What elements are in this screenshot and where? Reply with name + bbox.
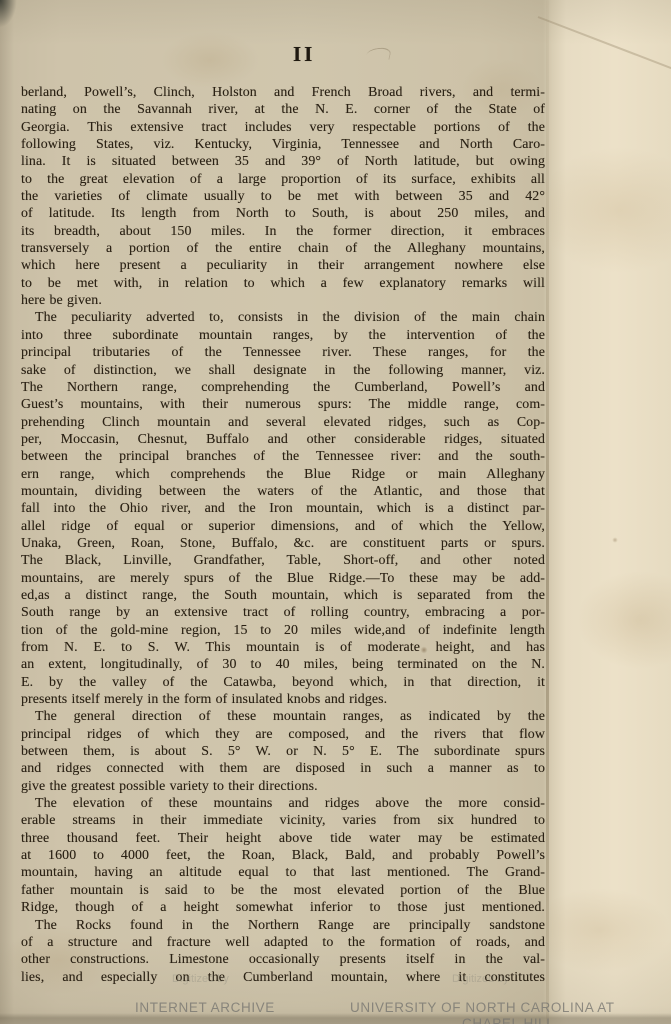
text-line: ed,as a distinct range, the South mounta… <box>21 587 545 604</box>
text-line: lina. It is situated between 35 and 39° … <box>21 153 545 170</box>
watermark-digitized-by-left: Digitized by <box>172 973 229 985</box>
text-line: presents itself merely in the form of in… <box>21 691 545 708</box>
text-line: which here present a peculiarity in thei… <box>21 257 545 274</box>
text-line: Guest’s mountains, with their numerous s… <box>21 396 545 413</box>
text-line: to be met with, in relation to which a f… <box>21 275 545 292</box>
text-line: Unaka, Green, Roan, Stone, Buffalo, &c. … <box>21 535 545 552</box>
text-line: Ridge, though of a height somewhat infer… <box>21 899 545 916</box>
text-line: erable streams in their immediate vicini… <box>21 812 545 829</box>
text-line: from N. E. to S. W. This mountain is of … <box>21 639 545 656</box>
text-line: mountain, having an altitude equal to th… <box>21 864 545 881</box>
text-line: E. by the valley of the Catawba, beyond … <box>21 674 545 691</box>
text-line: Georgia. This extensive tract includes v… <box>21 119 545 136</box>
page-number: II <box>293 42 315 67</box>
text-line: prehending Clinch mountain and several e… <box>21 414 545 431</box>
text-line: The general direction of these mountain … <box>21 708 545 725</box>
text-line: The Black, Linville, Grandfather, Table,… <box>21 552 545 569</box>
text-line: allel ridge of equal or superior dimensi… <box>21 518 545 535</box>
text-line: to the great elevation of a large propor… <box>21 171 545 188</box>
text-line: tion of the gold-mine region, 15 to 20 m… <box>21 622 545 639</box>
text-line: The elevation of these mountains and rid… <box>21 795 545 812</box>
text-line: father mountain is said to be the most e… <box>21 882 545 899</box>
text-line: here be given. <box>21 292 545 309</box>
text-line: berland, Powell’s, Clinch, Holston and F… <box>21 84 545 101</box>
text-line: The peculiarity adverted to, consists in… <box>21 309 545 326</box>
scanned-page: II berland, Powell’s, Clinch, Holston an… <box>0 0 671 1024</box>
text-line: The Rocks found in the Northern Range ar… <box>21 917 545 934</box>
text-line: between the principal branches of the Te… <box>21 448 545 465</box>
text-line: at 1600 to 4000 feet, the Roan, Black, B… <box>21 847 545 864</box>
text-line: of a structure and fracture well adapted… <box>21 934 545 951</box>
text-line: mountains, are merely spurs of the Blue … <box>21 570 545 587</box>
pencil-mark <box>365 46 393 63</box>
text-line: principal tributaries of the Tennessee r… <box>21 344 545 361</box>
text-line: following States, viz. Kentucky, Virgini… <box>21 136 545 153</box>
text-line: ern range, which comprehends the Blue Ri… <box>21 466 545 483</box>
text-line: into three subordinate mountain ranges, … <box>21 327 545 344</box>
text-line: per, Moccasin, Chesnut, Buffalo and othe… <box>21 431 545 448</box>
text-line: sake of distinction, we shall designate … <box>21 362 545 379</box>
text-line: between them, is about S. 5° W. or N. 5°… <box>21 743 545 760</box>
text-line: principal ridges of which they are compo… <box>21 726 545 743</box>
text-line: an extent, longitudinally, of 30 to 40 m… <box>21 656 545 673</box>
page-edge-crease <box>546 0 549 1024</box>
text-line: South range by an extensive tract of rol… <box>21 604 545 621</box>
text-line: fall into the Ohio river, and the Iron m… <box>21 500 545 517</box>
text-line: and ridges connected with them are dispo… <box>21 760 545 777</box>
text-line: of latitude. Its length from North to So… <box>21 205 545 222</box>
watermark-chapel-hill: CHAPEL HILL <box>462 1016 554 1024</box>
text-line: other constructions. Limestone occasiona… <box>21 951 545 968</box>
watermark-university: UNIVERSITY OF NORTH CAROLINA AT <box>350 1000 615 1015</box>
text-line: nating on the Savannah river, at the N. … <box>21 101 545 118</box>
text-block: berland, Powell’s, Clinch, Holston and F… <box>21 84 545 986</box>
text-line: its breadth, about 150 miles. In the for… <box>21 223 545 240</box>
watermark-digitized-by-right: Digitized by <box>452 973 509 985</box>
watermark-internet-archive: INTERNET ARCHIVE <box>135 1000 275 1015</box>
text-line: the varieties of climate usually to be m… <box>21 188 545 205</box>
text-line: mountain, dividing between the waters of… <box>21 483 545 500</box>
text-line: give the greatest possible variety to th… <box>21 778 545 795</box>
text-line: The Northern range, comprehending the Cu… <box>21 379 545 396</box>
page-corner-shadow <box>0 0 18 38</box>
text-line: three thousand feet. Their height above … <box>21 830 545 847</box>
text-line: transversely a portion of the entire cha… <box>21 240 545 257</box>
paper-crease-top <box>538 16 671 79</box>
